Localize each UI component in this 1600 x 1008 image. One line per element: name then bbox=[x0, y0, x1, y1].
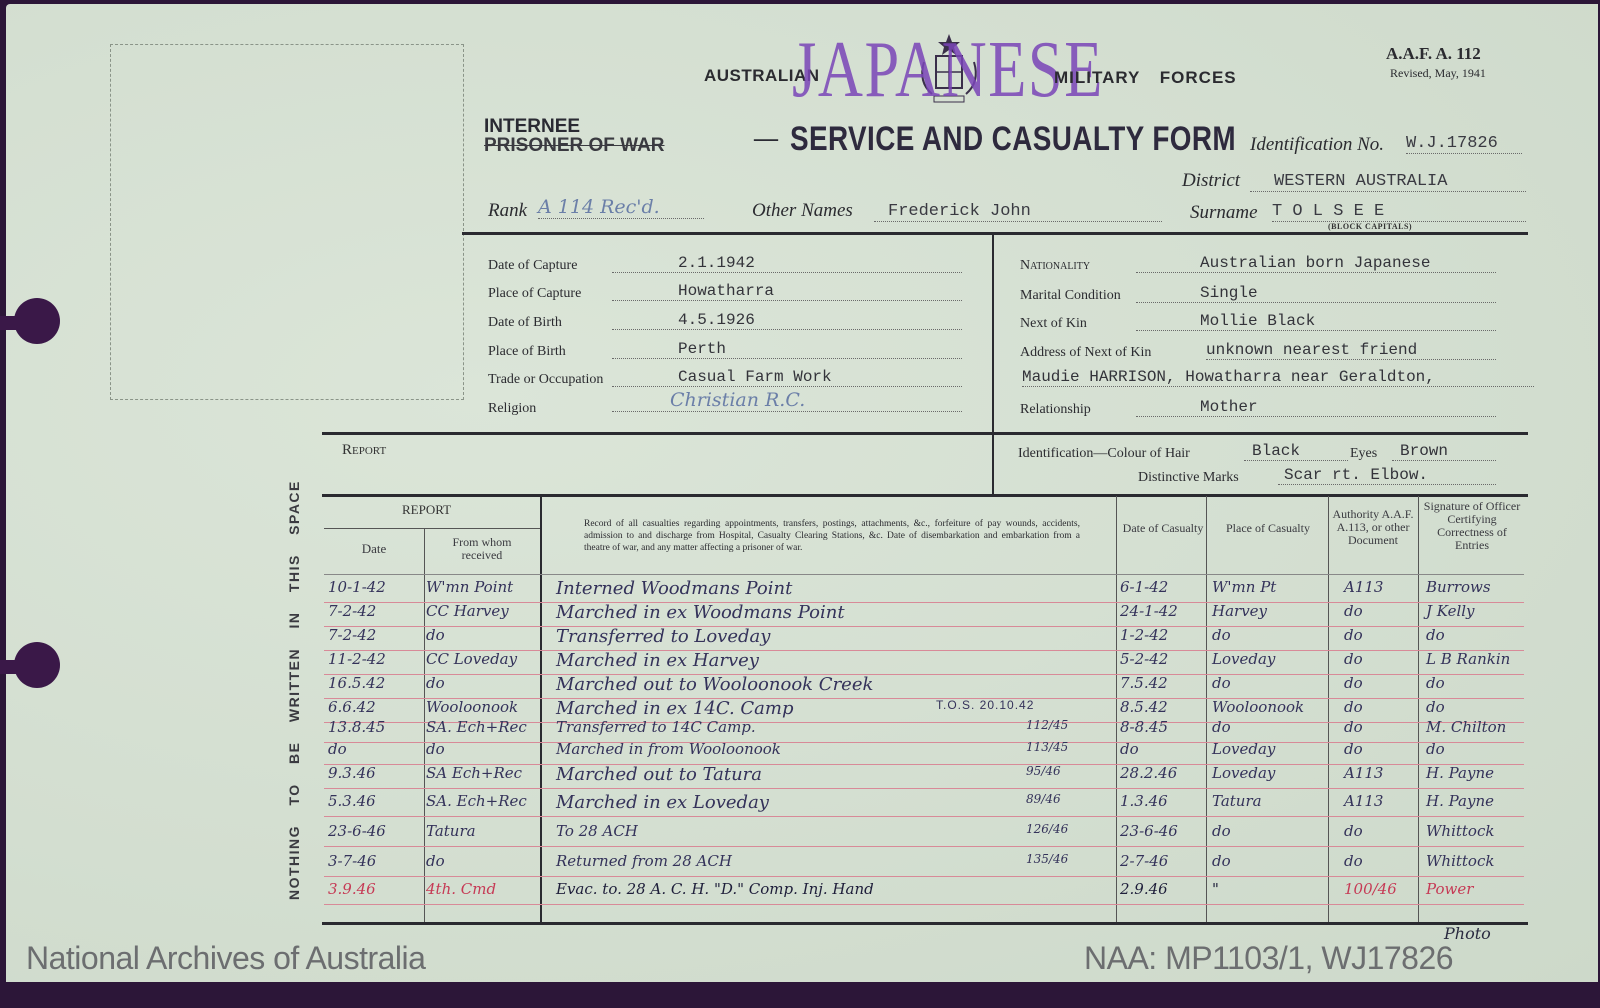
left-field-value: Christian R.C. bbox=[612, 389, 962, 412]
cell-signature: do bbox=[1426, 698, 1445, 716]
district-value: WESTERN AUSTRALIA bbox=[1250, 172, 1526, 192]
cell-date: 3-7-46 bbox=[328, 852, 376, 870]
right-field-value: Single bbox=[1136, 284, 1496, 303]
cell-record: Marched in from Wooloonook bbox=[556, 740, 781, 758]
cell-authority: do bbox=[1344, 740, 1363, 758]
hair-value: Black bbox=[1244, 442, 1348, 461]
form-title: SERVICE AND CASUALTY FORM bbox=[790, 120, 1236, 159]
cell-from: SA Ech+Rec bbox=[426, 764, 522, 782]
cell-authority: do bbox=[1344, 822, 1363, 840]
punch-tab-top bbox=[0, 316, 40, 330]
cell-signature: J Kelly bbox=[1426, 602, 1475, 620]
col-divider-record bbox=[1116, 496, 1117, 924]
rule-report bbox=[322, 432, 1528, 435]
cell-date: 6.6.42 bbox=[328, 698, 376, 716]
left-field-value: Perth bbox=[612, 340, 962, 359]
cell-ref: 113/45 bbox=[1026, 740, 1068, 754]
right-field-label: Marital Condition bbox=[1020, 288, 1121, 304]
cell-record: Interned Woodmans Point bbox=[556, 578, 792, 599]
surname-label: Surname bbox=[1190, 202, 1258, 224]
left-field-label: Place of Birth bbox=[488, 344, 566, 360]
left-field-label: Date of Capture bbox=[488, 258, 577, 274]
rule-top bbox=[462, 232, 1528, 235]
right-field-value: Australian born Japanese bbox=[1136, 254, 1496, 273]
cell-record: Marched in ex Loveday bbox=[556, 792, 769, 813]
col-header-from-whom: From whom received bbox=[432, 536, 532, 562]
left-field-label: Religion bbox=[488, 401, 536, 417]
ruled-line bbox=[324, 816, 1524, 817]
cell-signature: Power bbox=[1426, 880, 1473, 898]
col-header-place-casualty: Place of Casualty bbox=[1210, 522, 1326, 535]
cell-date: 9.3.46 bbox=[328, 764, 376, 782]
left-field-value: 4.5.1926 bbox=[612, 311, 962, 330]
cell-from: 4th. Cmd bbox=[426, 880, 496, 898]
cell-from: SA. Ech+Rec bbox=[426, 792, 527, 810]
left-field-label: Trade or Occupation bbox=[488, 372, 603, 388]
cell-from: W'mn Point bbox=[426, 578, 513, 596]
cell-authority: A113 bbox=[1344, 764, 1383, 782]
cell-signature: L B Rankin bbox=[1426, 650, 1510, 668]
distinctive-marks-label: Distinctive Marks bbox=[1138, 470, 1239, 486]
left-field-label: Date of Birth bbox=[488, 315, 562, 331]
scan-border bbox=[0, 982, 1600, 1008]
left-field-value: Howatharra bbox=[612, 282, 962, 301]
cell-date: do bbox=[328, 740, 347, 758]
cell-signature: do bbox=[1426, 674, 1445, 692]
cell-date: 10-1-42 bbox=[328, 578, 386, 596]
cell-from: SA. Ech+Rec bbox=[426, 718, 527, 736]
cell-date-cas: 8.5.42 bbox=[1120, 698, 1168, 716]
cell-place: W'mn Pt bbox=[1212, 578, 1276, 596]
col-divider-date-casualty bbox=[1206, 496, 1207, 924]
distinctive-marks-value: Scar rt. Elbow. bbox=[1278, 466, 1496, 485]
rule-mid-vertical bbox=[992, 234, 994, 494]
cell-signature: H. Payne bbox=[1426, 764, 1494, 782]
cell-place: Tatura bbox=[1212, 792, 1262, 810]
cell-place: Loveday bbox=[1212, 740, 1275, 758]
right-field-label: Address of Next of Kin bbox=[1020, 345, 1151, 361]
cell-place: Wooloonook bbox=[1212, 698, 1304, 716]
col-divider-place bbox=[1328, 496, 1329, 924]
cell-record: Marched in ex Woodmans Point bbox=[556, 602, 845, 623]
cell-authority: 100/46 bbox=[1344, 880, 1397, 898]
cell-from: do bbox=[426, 740, 445, 758]
identification-no-label: Identification No. bbox=[1250, 134, 1384, 156]
cell-ref: 112/45 bbox=[1026, 718, 1068, 732]
cell-place: do bbox=[1212, 852, 1231, 870]
cell-place: Loveday bbox=[1212, 764, 1275, 782]
cell-signature: Burrows bbox=[1426, 578, 1491, 596]
cell-date-cas: 1.3.46 bbox=[1120, 792, 1168, 810]
ruled-line bbox=[324, 876, 1524, 877]
cell-record: Evac. to. 28 A. C. H. "D." Comp. Inj. Ha… bbox=[556, 880, 874, 898]
service-casualty-form-card: AUSTRALIAN JAPANESE MILITARY FORCES A.A.… bbox=[6, 4, 1598, 982]
cell-date: 11-2-42 bbox=[328, 650, 386, 668]
ruled-line bbox=[324, 846, 1524, 847]
cell-authority: do bbox=[1344, 674, 1363, 692]
cell-date-cas: 24-1-42 bbox=[1120, 602, 1178, 620]
right-field-value: unknown nearest friend bbox=[1206, 341, 1496, 360]
left-field-label: Place of Capture bbox=[488, 286, 581, 302]
col-divider-authority bbox=[1418, 496, 1419, 924]
cell-from: do bbox=[426, 626, 445, 644]
cell-ref: T.O.S. 20.10.42 bbox=[936, 698, 1034, 712]
cell-signature: do bbox=[1426, 626, 1445, 644]
cell-authority: do bbox=[1344, 698, 1363, 716]
cell-record: Marched out to Tatura bbox=[556, 764, 762, 785]
other-names-value: Frederick John bbox=[874, 202, 1162, 222]
cell-date-cas: 7.5.42 bbox=[1120, 674, 1168, 692]
cell-authority: A113 bbox=[1344, 578, 1383, 596]
cell-from: do bbox=[426, 852, 445, 870]
cell-signature: do bbox=[1426, 740, 1445, 758]
cell-date: 16.5.42 bbox=[328, 674, 385, 692]
title-dash: — bbox=[754, 126, 778, 153]
cell-date-cas: 2.9.46 bbox=[1120, 880, 1168, 898]
cell-authority: do bbox=[1344, 852, 1363, 870]
eyes-label: Eyes bbox=[1350, 446, 1377, 462]
watermark-reference: NAA: MP1103/1, WJ17826 bbox=[1084, 940, 1453, 977]
cell-ref: 135/46 bbox=[1026, 852, 1068, 866]
cell-record: Marched in ex Harvey bbox=[556, 650, 759, 671]
cell-date: 5.3.46 bbox=[328, 792, 376, 810]
rule-table-bottom bbox=[322, 922, 1528, 925]
cell-date-cas: do bbox=[1120, 740, 1139, 758]
table-report-header: REPORT bbox=[402, 502, 451, 518]
cell-date-cas: 23-6-46 bbox=[1120, 822, 1178, 840]
cell-place: Loveday bbox=[1212, 650, 1275, 668]
district-label: District bbox=[1182, 170, 1240, 192]
col-header-date-casualty: Date of Casualty bbox=[1120, 522, 1206, 535]
cell-date-cas: 28.2.46 bbox=[1120, 764, 1177, 782]
prisoner-of-war-struck-label: PRISONER OF WAR bbox=[484, 135, 665, 157]
right-field-value: Maudie HARRISON, Howatharra near Geraldt… bbox=[1022, 368, 1534, 387]
cell-authority: do bbox=[1344, 718, 1363, 736]
form-number: A.A.F. A. 112 bbox=[1386, 44, 1481, 64]
cell-date-cas: 5-2-42 bbox=[1120, 650, 1168, 668]
right-field-value: Mollie Black bbox=[1136, 312, 1496, 331]
right-field-label: Nationality bbox=[1020, 258, 1090, 274]
cell-date: 23-6-46 bbox=[328, 822, 386, 840]
hair-label: Identification—Colour of Hair bbox=[1018, 446, 1190, 462]
cell-from: Tatura bbox=[426, 822, 476, 840]
cell-from: do bbox=[426, 674, 445, 692]
cell-ref: 89/46 bbox=[1026, 792, 1061, 806]
cell-place: do bbox=[1212, 718, 1231, 736]
cell-date-cas: 1-2-42 bbox=[1120, 626, 1168, 644]
cell-place: Harvey bbox=[1212, 602, 1267, 620]
cell-authority: do bbox=[1344, 626, 1363, 644]
identification-no-value: W.J.17826 bbox=[1406, 134, 1522, 154]
cell-date: 7-2-42 bbox=[328, 626, 376, 644]
cell-ref: 126/46 bbox=[1026, 822, 1068, 836]
cell-signature: Whittock bbox=[1426, 852, 1494, 870]
cell-date: 13.8.45 bbox=[328, 718, 385, 736]
cell-authority: do bbox=[1344, 650, 1363, 668]
eyes-value: Brown bbox=[1392, 442, 1496, 461]
other-names-label: Other Names bbox=[752, 200, 853, 222]
right-field-value: Mother bbox=[1136, 398, 1496, 417]
cell-from: CC Loveday bbox=[426, 650, 517, 668]
report-label: Report bbox=[342, 442, 386, 459]
cell-place: " bbox=[1212, 880, 1219, 898]
side-note-nothing-written: NOTHING TO BE WRITTEN IN THIS SPACE bbox=[286, 480, 302, 900]
block-capitals-note: (BLOCK CAPITALS) bbox=[1328, 222, 1412, 231]
rank-value: A 114 Rec'd. bbox=[538, 196, 704, 219]
cell-date-cas: 8-8.45 bbox=[1120, 718, 1168, 736]
form-revised-date: Revised, May, 1941 bbox=[1390, 66, 1486, 81]
watermark-archive-name: National Archives of Australia bbox=[26, 940, 425, 977]
rank-label: Rank bbox=[488, 200, 527, 222]
cell-date-cas: 6-1-42 bbox=[1120, 578, 1168, 596]
photo-placeholder-box bbox=[110, 44, 464, 400]
punch-tab-bottom bbox=[0, 660, 40, 674]
cell-authority: do bbox=[1344, 602, 1363, 620]
cell-date-cas: 2-7-46 bbox=[1120, 852, 1168, 870]
ruled-line bbox=[324, 904, 1524, 905]
cell-record: Marched out to Wooloonook Creek bbox=[556, 674, 873, 695]
ruled-line bbox=[324, 788, 1524, 789]
cell-record: To 28 ACH bbox=[556, 822, 638, 840]
rule-table-top bbox=[322, 494, 1528, 497]
cell-signature: M. Chilton bbox=[1426, 718, 1506, 736]
cell-from: Wooloonook bbox=[426, 698, 518, 716]
cell-record: Returned from 28 ACH bbox=[556, 852, 732, 870]
cell-place: do bbox=[1212, 626, 1231, 644]
cell-record: Transferred to Loveday bbox=[556, 626, 770, 647]
cell-record: Marched in ex 14C. Camp bbox=[556, 698, 794, 719]
report-subrule bbox=[324, 528, 540, 529]
header-bottom-rule bbox=[324, 574, 1524, 575]
col-header-record: Record of all casualties regarding appoi… bbox=[584, 518, 1080, 554]
cell-place: do bbox=[1212, 822, 1231, 840]
cell-signature: H. Payne bbox=[1426, 792, 1494, 810]
surname-value: T O L S E E bbox=[1272, 202, 1526, 222]
cell-date: 3.9.46 bbox=[328, 880, 376, 898]
cell-place: do bbox=[1212, 674, 1231, 692]
cell-ref: 95/46 bbox=[1026, 764, 1061, 778]
cell-date: 7-2-42 bbox=[328, 602, 376, 620]
right-field-label: Relationship bbox=[1020, 402, 1091, 418]
col-divider-from bbox=[540, 496, 542, 924]
left-field-value: 2.1.1942 bbox=[612, 254, 962, 273]
col-header-date: Date bbox=[324, 542, 424, 555]
col-header-authority: Authority A.A.F. A.113, or other Documen… bbox=[1330, 508, 1416, 547]
cell-record: Transferred to 14C Camp. bbox=[556, 718, 756, 736]
cell-authority: A113 bbox=[1344, 792, 1383, 810]
left-field-value: Casual Farm Work bbox=[612, 368, 962, 387]
col-divider-date bbox=[424, 528, 425, 924]
col-header-signature: Signature of Officer Certifying Correctn… bbox=[1422, 500, 1522, 552]
cell-signature: Whittock bbox=[1426, 822, 1494, 840]
header-military-forces: MILITARY FORCES bbox=[1054, 68, 1237, 88]
right-field-label: Next of Kin bbox=[1020, 316, 1087, 332]
cell-from: CC Harvey bbox=[426, 602, 509, 620]
